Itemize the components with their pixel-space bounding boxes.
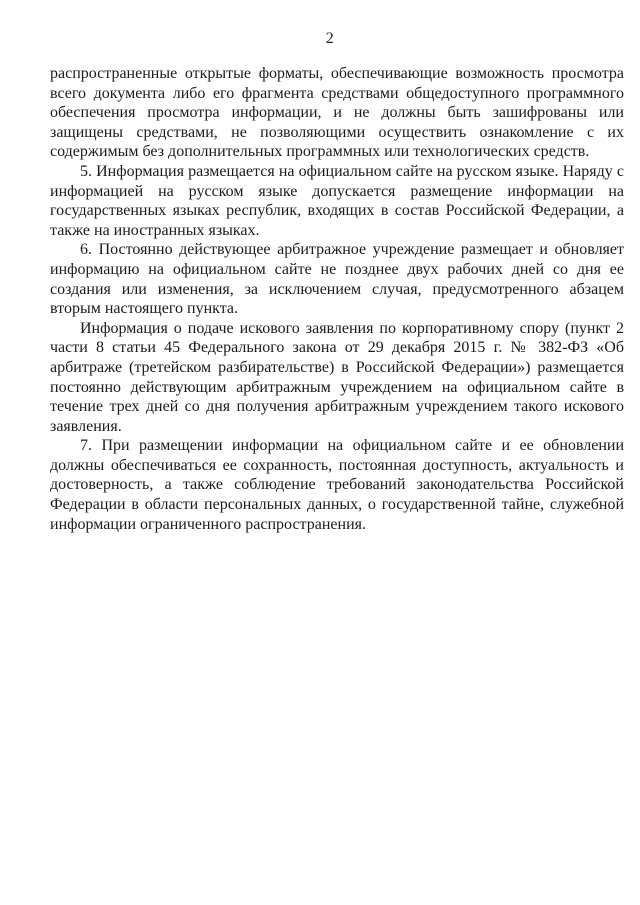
paragraph: Информация о подаче искового заявления п… xyxy=(50,319,624,437)
paragraph: 5. Информация размещается на официальном… xyxy=(50,162,624,240)
paragraph: 6. Постоянно действующее арбитражное учр… xyxy=(50,240,624,318)
document-body: распространенные открытые форматы, обесп… xyxy=(50,64,624,534)
paragraph: 7. При размещении информации на официаль… xyxy=(50,436,624,534)
paragraph: распространенные открытые форматы, обесп… xyxy=(50,64,624,162)
page-number: 2 xyxy=(20,30,640,48)
document-page: 2 распространенные открытые форматы, обе… xyxy=(0,0,640,905)
